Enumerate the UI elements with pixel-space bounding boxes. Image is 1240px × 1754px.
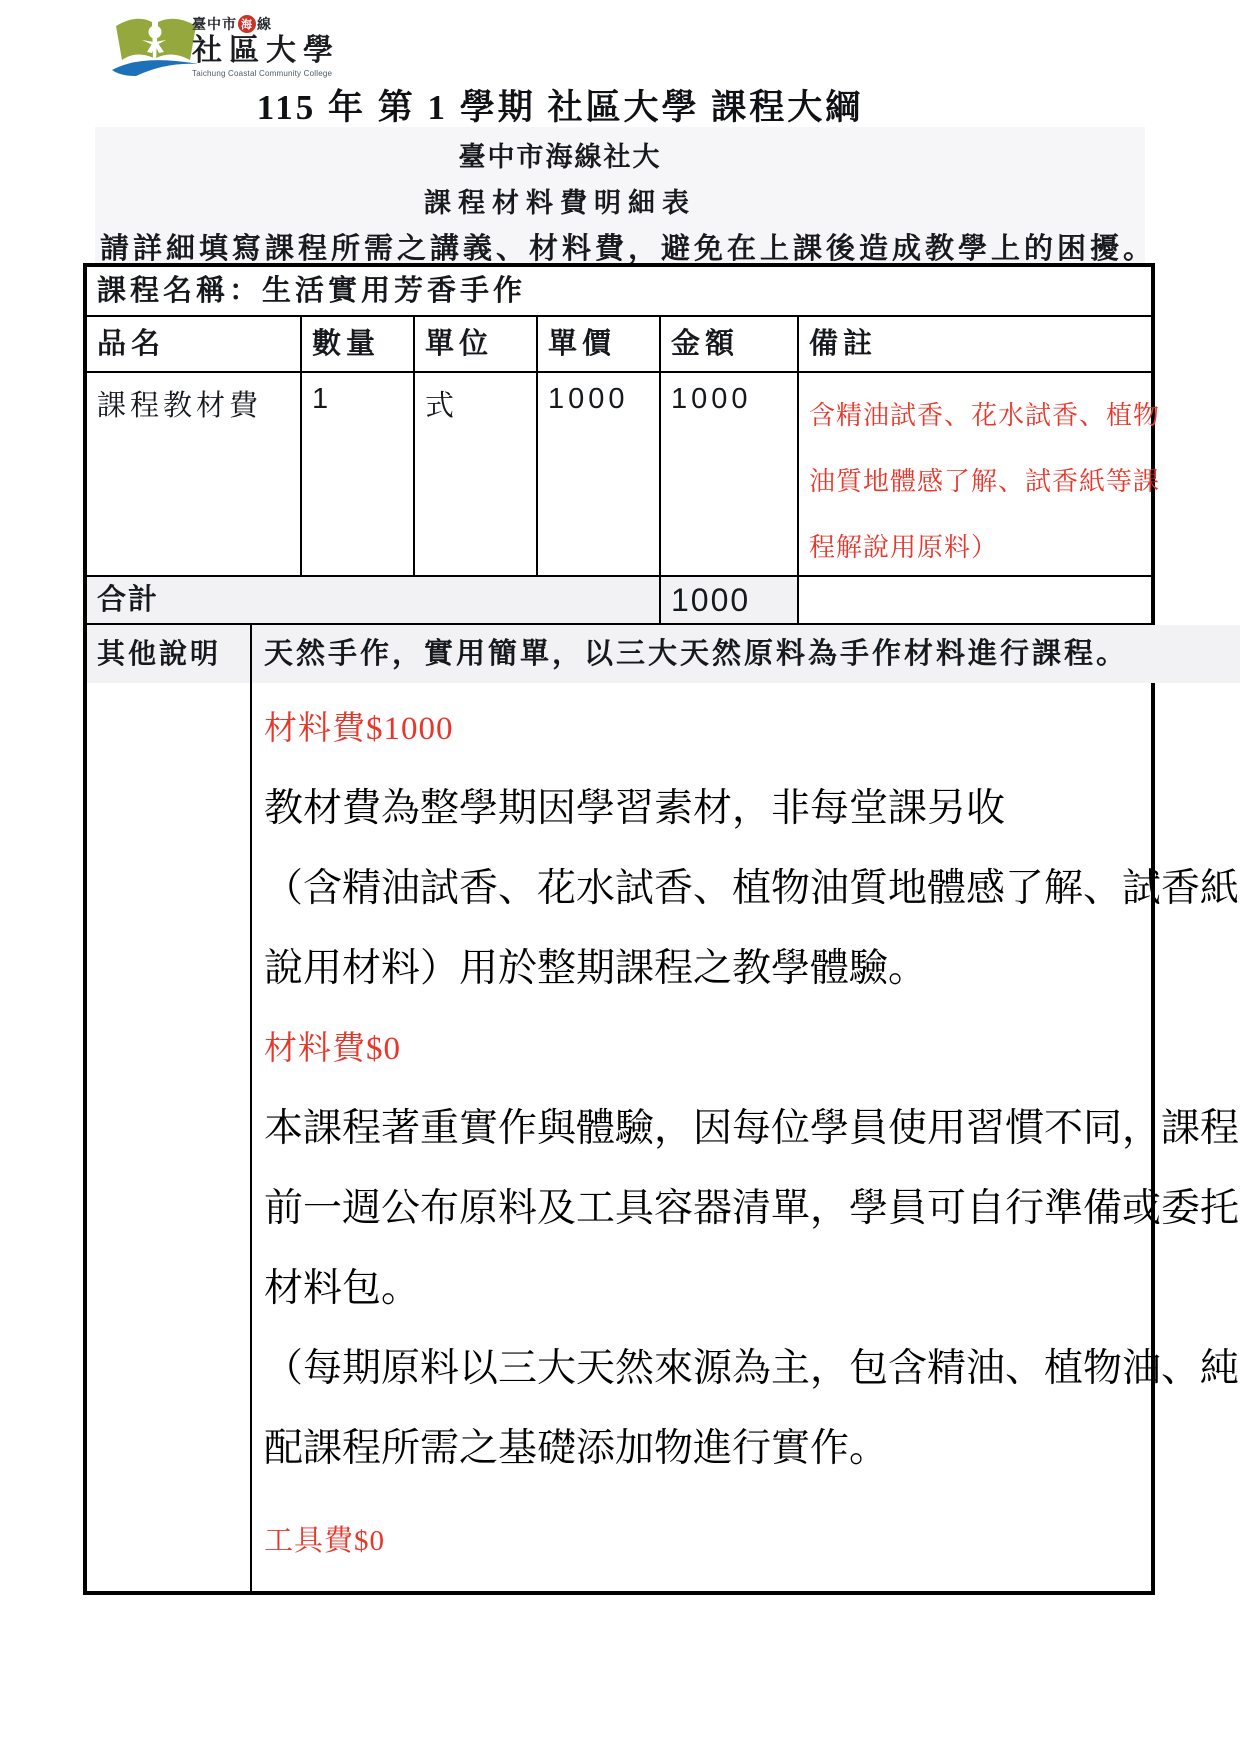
subtitle-school: 臺中市海線社大 (95, 135, 1025, 174)
header-unit: 單位 (415, 317, 538, 371)
notice-text: 請詳細填寫課程所需之講義、材料費，避免在上課後造成教學上的困擾。 (100, 226, 1156, 267)
table-row: 課程教材費 1 式 1000 1000 含精油試香、花水試香、植物 油質地體感了… (87, 373, 1151, 577)
note-line: 前一週公布原料及工具容器清單，學員可自行準備或委托老師代購 (264, 1169, 1240, 1249)
other-notes-label-cell: 其他說明 (87, 625, 252, 1591)
note-line: （每期原料以三大天然來源為主，包含精油、植物油、純露，並搭 (264, 1329, 1240, 1409)
table-header-row: 品名 數量 單位 單價 金額 備註 (87, 317, 1151, 373)
header-amount: 金額 (661, 317, 799, 371)
other-notes-lines: 材料費$1000 教材費為整學期因學習素材，非每堂課另收 （含精油試香、花水試香… (252, 683, 1240, 1561)
logo-region-prefix: 臺中市 (192, 14, 237, 34)
header-quantity: 數量 (302, 317, 415, 371)
note-line: 材料費$0 (264, 1009, 1240, 1089)
logo-college-name: 社區大學 (192, 35, 340, 67)
document-page: { "logo": { "line1_prefix": "臺中市", "line… (0, 0, 1240, 1754)
other-notes-row: 其他說明 天然手作，實用簡單，以三大天然原料為手作材料進行課程。 材料費$100… (87, 625, 1151, 1591)
note-line: 本課程著重實作與體驗，因每位學員使用習慣不同，課程材料將於 (264, 1089, 1240, 1169)
note-line: 材料包。 (264, 1249, 1240, 1329)
header-remark: 備註 (799, 317, 1151, 371)
cell-quantity: 1 (302, 373, 415, 575)
remark-line: 含精油試香、花水試香、植物 (809, 383, 1160, 449)
other-notes-content: 天然手作，實用簡單，以三大天然原料為手作材料進行課程。 材料費$1000 教材費… (252, 625, 1240, 1591)
logo-region-line: 臺中市 海 線 (192, 14, 340, 34)
note-line: 教材費為整學期因學習素材，非每堂課另收 (264, 769, 1240, 849)
note-line: 工具費$0 (264, 1521, 1240, 1561)
note-line: 材料費$1000 (264, 689, 1240, 769)
other-notes-intro: 天然手作，實用簡單，以三大天然原料為手作材料進行課程。 (252, 625, 1240, 683)
remark-line: 油質地體感了解、試香紙等課 (809, 449, 1160, 515)
materials-fee-table: 課程名稱：生活實用芳香手作 品名 數量 單位 單價 金額 備註 課程教材費 1 … (83, 263, 1155, 1595)
total-label: 合計 (87, 577, 661, 623)
cell-remark: 含精油試香、花水試香、植物 油質地體感了解、試香紙等課 程解說用原料） (799, 373, 1170, 575)
cell-amount: 1000 (661, 373, 799, 575)
logo-english-name: Taichung Coastal Community College (192, 69, 340, 78)
page-title: 115 年 第 1 學期 社區大學 課程大綱 (95, 80, 1025, 130)
header-unit-price: 單價 (538, 317, 661, 371)
seal-icon: 海 (238, 15, 256, 33)
cell-unit: 式 (415, 373, 538, 575)
logo-text: 臺中市 海 線 社區大學 Taichung Coastal Community … (192, 14, 340, 78)
note-line: 配課程所需之基礎添加物進行實作。 (264, 1409, 1240, 1489)
course-name: 課程名稱：生活實用芳香手作 (87, 267, 1151, 315)
logo-region-suffix: 線 (257, 14, 272, 34)
note-line: （含精油試香、花水試香、植物油質地體感了解、試香紙等課程解 (264, 849, 1240, 929)
subtitle-form-name: 課程材料費明細表 (95, 181, 1025, 220)
header-band: 臺中市海線社大 課程材料費明細表 請詳細填寫課程所需之講義、材料費，避免在上課後… (95, 127, 1145, 263)
total-remark-empty (799, 577, 1151, 623)
other-notes-label: 其他說明 (87, 625, 250, 683)
note-line: 說用材料）用於整期課程之教學體驗。 (264, 929, 1240, 1009)
cell-unit-price: 1000 (538, 373, 661, 575)
total-row: 合計 1000 (87, 577, 1151, 625)
remark-line: 程解說用原料） (809, 515, 1160, 581)
course-name-row: 課程名稱：生活實用芳香手作 (87, 267, 1151, 317)
cell-item-name: 課程教材費 (87, 373, 302, 575)
total-amount: 1000 (661, 577, 799, 623)
header-item-name: 品名 (87, 317, 302, 371)
